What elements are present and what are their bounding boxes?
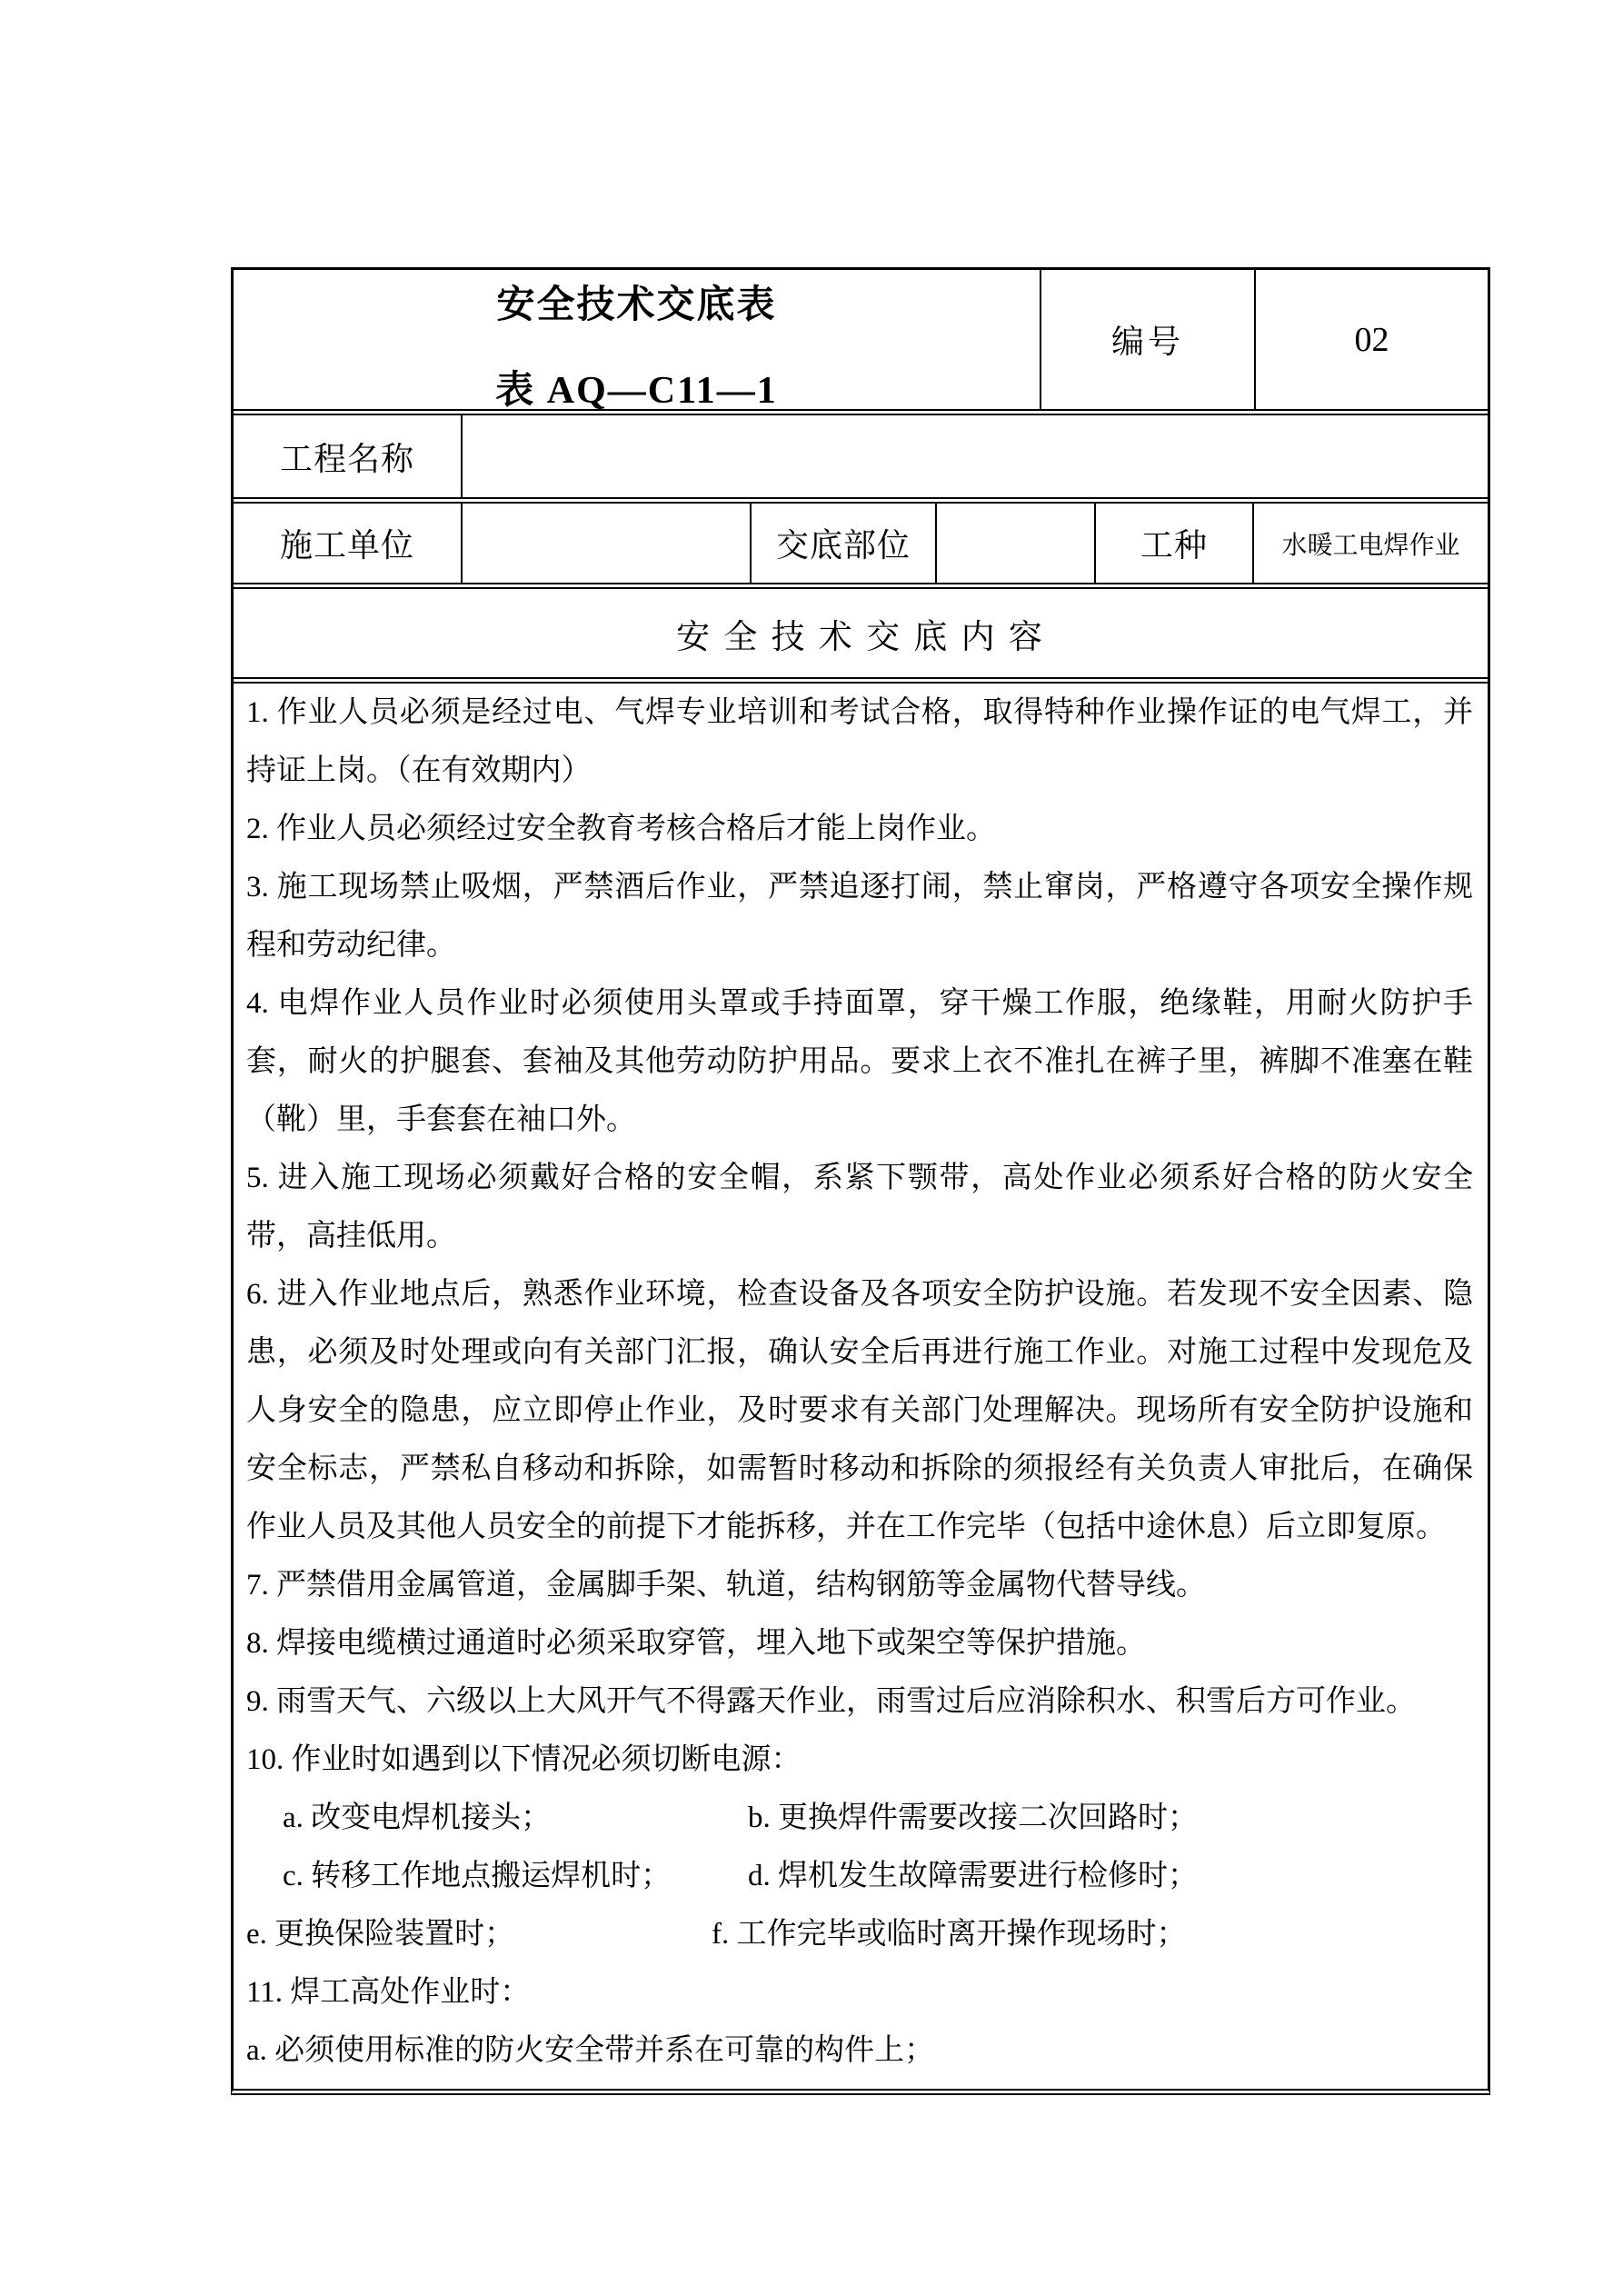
content-subitem-right: f. 工作完毕或临时离开操作现场时；: [712, 1918, 1187, 1951]
content-paragraph: 6. 进入作业地点后，熟悉作业环境，检查设备及各项安全防护设施。若发现不安全因素…: [246, 1265, 1473, 1556]
section-title: 安 全 技 术 交 底 内 容: [234, 589, 1488, 677]
content-paragraph: 10. 作业时如遇到以下情况必须切断电源：: [246, 1731, 1473, 1789]
content-subitem-left: e. 更换保险装置时；: [246, 1905, 712, 1963]
construction-unit-label: 施工单位: [234, 504, 463, 583]
content-subitem-right: d. 焊机发生故障需要进行检修时；: [748, 1860, 1198, 1892]
work-type-label: 工种: [1096, 504, 1254, 583]
number-value: 02: [1256, 270, 1488, 409]
disclosure-part-label: 交底部位: [752, 504, 937, 583]
content-subitem-left: a. 改变电焊机接头；: [283, 1789, 748, 1847]
form-title-cell: 安全技术交底表 表 AQ—C11—1: [234, 270, 1041, 409]
content-paragraph: 3. 施工现场禁止吸烟，严禁酒后作业，严禁追逐打闹，禁止窜岗，严格遵守各项安全操…: [246, 858, 1473, 974]
disclosure-form-table: 安全技术交底表 表 AQ—C11—1 编号 02 工程名称 施工单位 交底部位 …: [231, 267, 1490, 2095]
content-paragraph: 7. 严禁借用金属管道，金属脚手架、轨道，结构钢筋等金属物代替导线。: [246, 1556, 1473, 1614]
project-name-row: 工程名称: [234, 415, 1488, 504]
content-subitem-left: c. 转移工作地点搬运焊机时；: [283, 1847, 748, 1905]
project-name-label: 工程名称: [234, 415, 463, 497]
content-paragraph: 5. 进入施工现场必须戴好合格的安全帽，系紧下颚带，高处作业必须系好合格的防火安…: [246, 1149, 1473, 1265]
content-paragraph: 1. 作业人员必须是经过电、气焊专业培训和考试合格，取得特种作业操作证的电气焊工…: [246, 684, 1473, 800]
content-paragraph: 11. 焊工高处作业时：: [246, 1963, 1473, 2021]
content-paragraph: 8. 焊接电缆横过通道时必须采取穿管，埋入地下或架空等保护措施。: [246, 1614, 1473, 1672]
document-page: { "header": { "title_line1": "安全技术交底表", …: [0, 0, 1623, 2296]
content-paragraph: e. 更换保险装置时；f. 工作完毕或临时离开操作现场时；: [246, 1905, 1473, 1963]
content-subitem-right: b. 更换焊件需要改接二次回路时；: [748, 1802, 1198, 1834]
project-name-value: [463, 415, 1488, 497]
construction-unit-value: [463, 504, 752, 583]
content-paragraph: 4. 电焊作业人员作业时必须使用头罩或手持面罩，穿干燥工作服，绝缘鞋，用耐火防护…: [246, 974, 1473, 1149]
unit-row: 施工单位 交底部位 工种 水暖工电焊作业: [234, 504, 1488, 589]
content-paragraph: a. 必须使用标准的防火安全带并系在可靠的构件上；: [246, 2021, 1473, 2080]
content-paragraph: 9. 雨雪天气、六级以上大风开气不得露天作业，雨雪过后应消除积水、积雪后方可作业…: [246, 1672, 1473, 1731]
header-row: 安全技术交底表 表 AQ—C11—1 编号 02: [234, 270, 1488, 415]
form-code: 表 AQ—C11—1: [495, 360, 778, 414]
content-paragraph: c. 转移工作地点搬运焊机时；d. 焊机发生故障需要进行检修时；: [246, 1847, 1473, 1905]
content-paragraphs: 1. 作业人员必须是经过电、气焊专业培训和考试合格，取得特种作业操作证的电气焊工…: [234, 684, 1488, 2089]
work-type-value: 水暖工电焊作业: [1254, 504, 1488, 583]
disclosure-part-value: [937, 504, 1096, 583]
number-label: 编号: [1041, 270, 1256, 409]
form-title: 安全技术交底表: [496, 275, 776, 329]
section-heading-row: 安 全 技 术 交 底 内 容: [234, 589, 1488, 684]
content-paragraph: 2. 作业人员必须经过安全教育考核合格后才能上岗作业。: [246, 800, 1473, 858]
content-paragraph: a. 改变电焊机接头；b. 更换焊件需要改接二次回路时；: [246, 1789, 1473, 1847]
